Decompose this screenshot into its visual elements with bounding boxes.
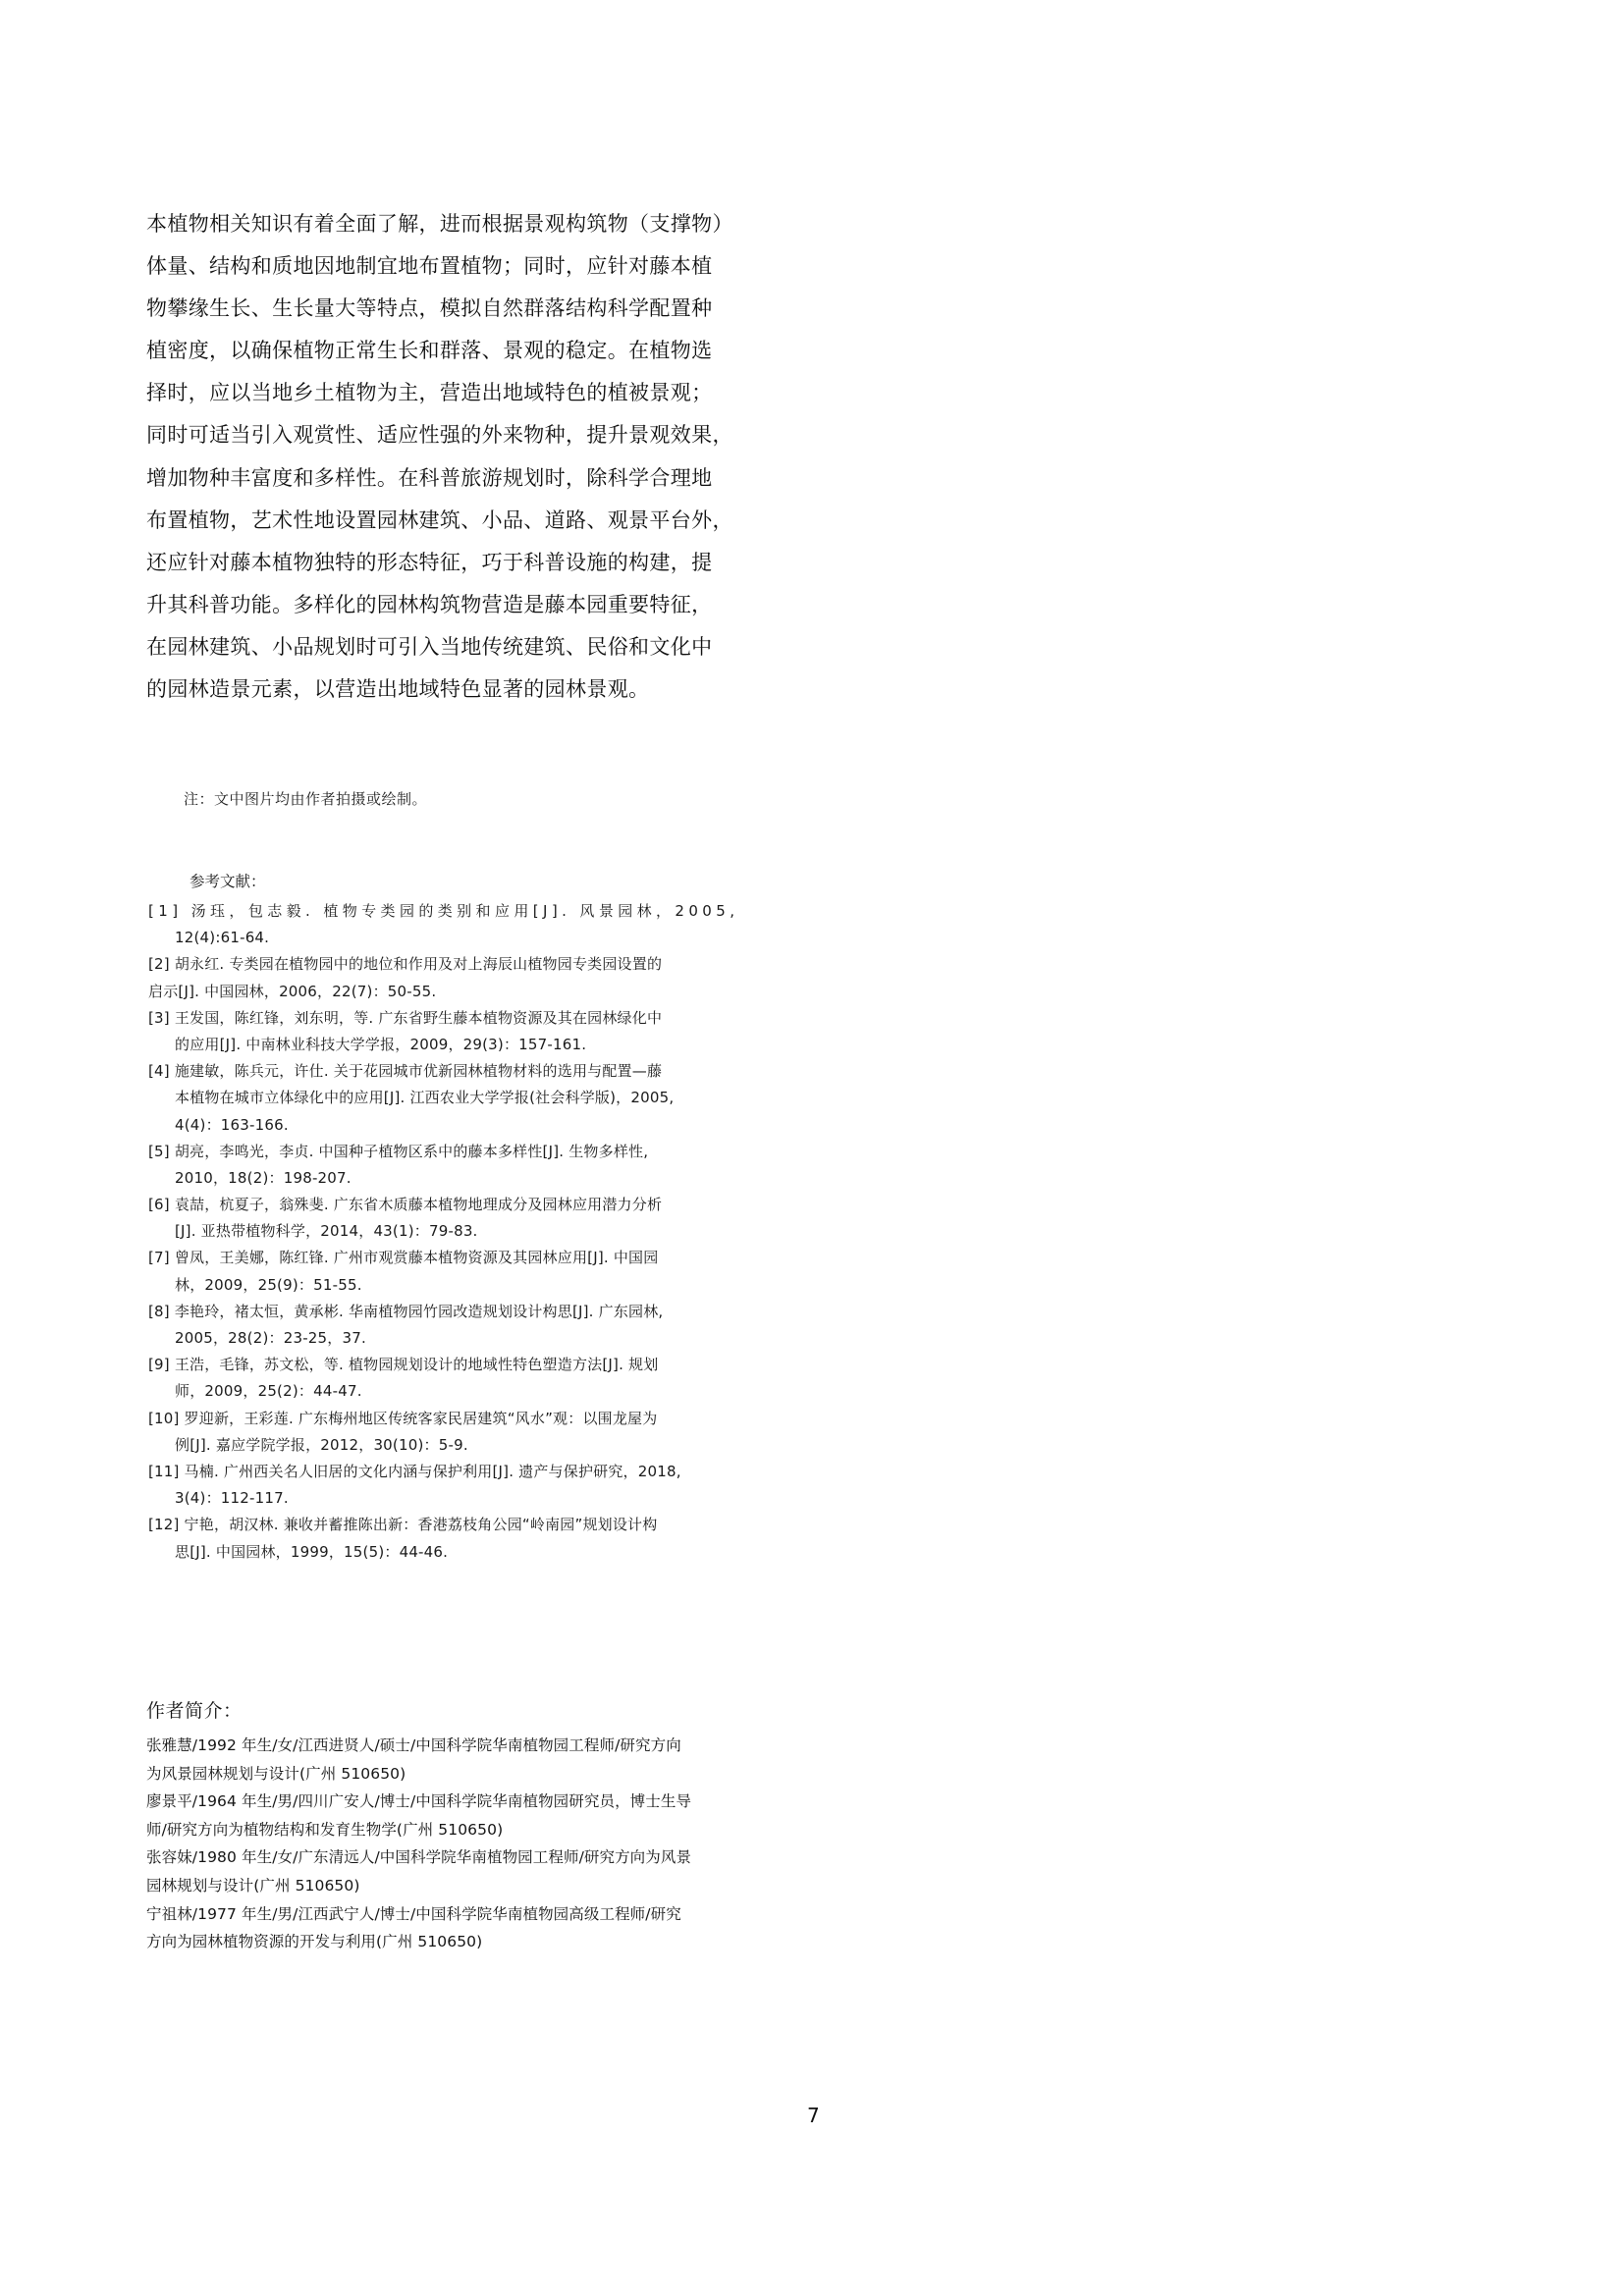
body-line: 择时，应以当地乡土植物为主，营造出地域特色的植被景观； [146, 372, 794, 414]
reference-line: [8] 李艳玲，褚太恒，黄承彬. 华南植物园竹园改造规划设计构思[J]. 广东园… [148, 1299, 796, 1325]
author-bio-line: 张雅慧/1992 年生/女/江西进贤人/硕士/中国科学院华南植物园工程师/研究方… [146, 1732, 794, 1760]
reference-line: [9] 王浩，毛锋，苏文松，等. 植物园规划设计的地域性特色塑造方法[J]. 规… [148, 1352, 796, 1378]
reference-line: 12(4):61-64. [148, 925, 796, 951]
reference-line: [2] 胡永红. 专类园在植物园中的地位和作用及对上海辰山植物园专类园设置的 [148, 951, 796, 978]
page-number: 7 [807, 2104, 820, 2127]
references-list: [1] 汤珏，包志毅. 植物专类园的类别和应用[J]. 风景园林，2005, 1… [148, 898, 796, 1566]
body-line: 在园林建筑、小品规划时可引入当地传统建筑、民俗和文化中 [146, 626, 794, 668]
reference-line: [10] 罗迎新，王彩莲. 广东梅州地区传统客家民居建筑“风水”观：以围龙屋为 [148, 1406, 796, 1432]
reference-line: [3] 王发国，陈红锋，刘东明，等. 广东省野生藤本植物资源及其在园林绿化中 [148, 1005, 796, 1032]
reference-line: 启示[J]. 中国园林，2006，22(7)：50-55. [148, 979, 796, 1005]
body-line: 物攀缘生长、生长量大等特点，模拟自然群落结构科学配置种 [146, 288, 794, 330]
reference-line: 3(4)：112-117. [148, 1485, 796, 1512]
reference-line: [1] 汤珏，包志毅. 植物专类园的类别和应用[J]. 风景园林，2005, [148, 898, 796, 925]
body-line: 体量、结构和质地因地制宜地布置植物；同时，应针对藤本植 [146, 245, 794, 288]
body-line: 同时可适当引入观赏性、适应性强的外来物种，提升景观效果， [146, 414, 794, 456]
reference-line: [11] 马楠. 广州西关名人旧居的文化内涵与保护利用[J]. 遗产与保护研究，… [148, 1459, 796, 1485]
reference-line: 的应用[J]. 中南林业科技大学学报，2009，29(3)：157-161. [148, 1032, 796, 1058]
body-line: 还应针对藤本植物独特的形态特征，巧于科普设施的构建，提 [146, 542, 794, 584]
author-bio-line: 为风景园林规划与设计(广州 510650) [146, 1760, 794, 1789]
reference-line: [12] 宁艳，胡汉林. 兼收并蓄推陈出新：香港荔枝角公园“岭南园”规划设计构 [148, 1512, 796, 1538]
body-line: 增加物种丰富度和多样性。在科普旅游规划时，除科学合理地 [146, 457, 794, 500]
reference-line: [6] 袁喆，杭夏子，翁殊斐. 广东省木质藤本植物地理成分及园林应用潜力分析 [148, 1192, 796, 1218]
reference-line: [J]. 亚热带植物科学，2014，43(1)：79-83. [148, 1218, 796, 1245]
references-heading: 参考文献： [189, 870, 266, 891]
author-bio-list: 张雅慧/1992 年生/女/江西进贤人/硕士/中国科学院华南植物园工程师/研究方… [146, 1732, 794, 1956]
body-line: 的园林造景元素，以营造出地域特色显著的园林景观。 [146, 668, 794, 711]
body-line: 升其科普功能。多样化的园林构筑物营造是藤本园重要特征， [146, 584, 794, 626]
reference-line: [4] 施建敏，陈兵元，许仕. 关于花园城市优新园林植物材料的选用与配置—藤 [148, 1058, 796, 1085]
author-bio-line: 廖景平/1964 年生/男/四川广安人/博士/中国科学院华南植物园研究员，博士生… [146, 1788, 794, 1816]
author-bio-line: 方向为园林植物资源的开发与利用(广州 510650) [146, 1928, 794, 1956]
reference-line: 本植物在城市立体绿化中的应用[J]. 江西农业大学学报(社会科学版)，2005, [148, 1085, 796, 1111]
reference-line: 林，2009，25(9)：51-55. [148, 1272, 796, 1299]
reference-line: 例[J]. 嘉应学院学报，2012，30(10)：5-9. [148, 1432, 796, 1459]
body-line: 植密度，以确保植物正常生长和群落、景观的稳定。在植物选 [146, 330, 794, 372]
author-bio-line: 园林规划与设计(广州 510650) [146, 1872, 794, 1900]
reference-line: 4(4)：163-166. [148, 1112, 796, 1139]
reference-line: [7] 曾凤，王美娜，陈红锋. 广州市观赏藤本植物资源及其园林应用[J]. 中国… [148, 1245, 796, 1271]
figure-source-note: 注：文中图片均由作者拍摄或绘制。 [184, 788, 427, 809]
author-bio-line: 师/研究方向为植物结构和发育生物学(广州 510650) [146, 1816, 794, 1844]
author-bio-heading: 作者简介： [146, 1696, 243, 1723]
body-paragraph: 本植物相关知识有着全面了解，进而根据景观构筑物（支撑物） 体量、结构和质地因地制… [146, 203, 794, 711]
reference-line: 2010，18(2)：198-207. [148, 1165, 796, 1192]
reference-line: 思[J]. 中国园林，1999，15(5)：44-46. [148, 1539, 796, 1566]
body-line: 本植物相关知识有着全面了解，进而根据景观构筑物（支撑物） [146, 203, 794, 245]
body-line: 布置植物，艺术性地设置园林建筑、小品、道路、观景平台外， [146, 500, 794, 542]
author-bio-line: 宁祖林/1977 年生/男/江西武宁人/博士/中国科学院华南植物园高级工程师/研… [146, 1900, 794, 1929]
reference-line: 2005，28(2)：23-25，37. [148, 1325, 796, 1352]
document-page: 本植物相关知识有着全面了解，进而根据景观构筑物（支撑物） 体量、结构和质地因地制… [0, 0, 1624, 2296]
author-bio-line: 张容妹/1980 年生/女/广东清远人/中国科学院华南植物园工程师/研究方向为风… [146, 1843, 794, 1872]
reference-line: [5] 胡亮，李鸣光，李贞. 中国种子植物区系中的藤本多样性[J]. 生物多样性… [148, 1139, 796, 1165]
reference-line: 师，2009，25(2)：44-47. [148, 1378, 796, 1405]
